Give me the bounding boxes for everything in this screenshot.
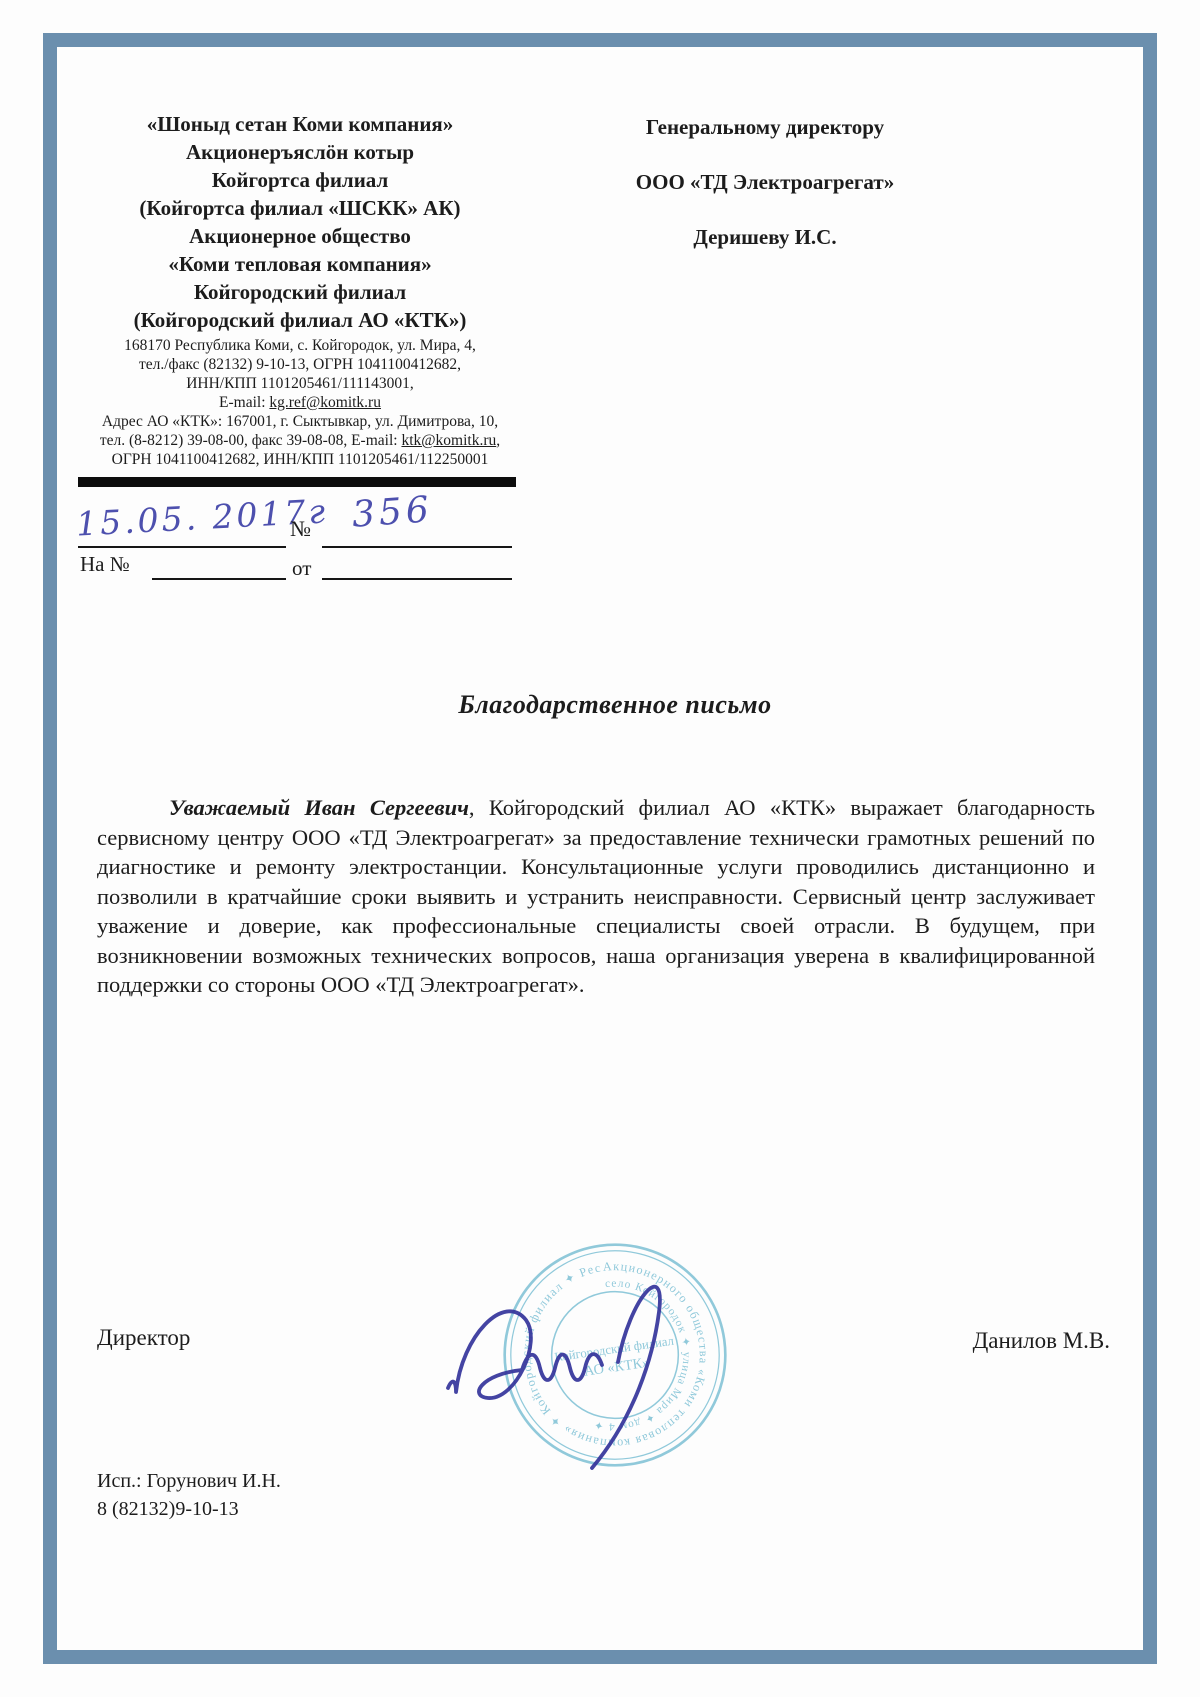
org-name-line: Койгородский филиал	[72, 278, 528, 306]
recipient-position: Генеральному директору	[605, 114, 925, 140]
org-name-line: (Койгородский филиал АО «КТК»)	[72, 306, 528, 334]
recipient-block: Генеральному директору ООО «ТД Электроаг…	[605, 114, 925, 279]
email-label: E-mail:	[219, 394, 269, 411]
executor-phone: 8 (82132)9-10-13	[97, 1498, 239, 1521]
contact-hq-address-line: Адрес АО «КТК»: 167001, г. Сыктывкар, ул…	[72, 412, 528, 431]
reply-number-underline	[152, 578, 286, 580]
letter-body: Уважаемый Иван Сергеевич, Койгородский ф…	[97, 793, 1095, 1000]
reply-to-number-label: На №	[80, 552, 130, 577]
contact-hq-inn-line: ОГРН 1041100412682, ИНН/КПП 1101205461/1…	[72, 450, 528, 469]
letter-page: «Шоныд сетан Коми компания» Акционеръясл…	[0, 0, 1200, 1697]
director-signature	[442, 1262, 778, 1476]
signature-stroke	[448, 1311, 531, 1398]
letter-title: Благодарственное письмо	[115, 690, 1115, 720]
contact-email-line: E-mail: kg.ref@komitk.ru	[72, 393, 528, 412]
reply-from-label: от	[292, 556, 311, 581]
number-sign-label: №	[290, 516, 311, 542]
number-underline	[322, 546, 512, 548]
executor-line: Исп.: Горунович И.Н.	[97, 1466, 281, 1496]
email-link: kg.ref@komitk.ru	[269, 394, 381, 411]
hq-phone-text: тел. (8-8212) 39-08-00, факс 39-08-08, E…	[100, 432, 402, 449]
org-name-line: «Коми тепловая компания»	[72, 250, 528, 278]
org-name-line: Койгортса филиал	[72, 166, 528, 194]
signer-name: Данилов М.В.	[880, 1328, 1110, 1354]
email-link: ktk@komitk.ru	[401, 432, 496, 449]
body-paragraph: , Койгородский филиал АО «КТК» выражает …	[97, 795, 1095, 997]
signature-stroke	[592, 1287, 660, 1468]
contact-address-line: 168170 Республика Коми, с. Койгородок, у…	[72, 336, 528, 355]
comma: ,	[496, 432, 500, 449]
contact-hq-phone-line: тел. (8-8212) 39-08-00, факс 39-08-08, E…	[72, 431, 528, 450]
letterhead-contact-block: 168170 Республика Коми, с. Койгородок, у…	[72, 336, 528, 469]
contact-inn-line: ИНН/КПП 1101205461/111143001,	[72, 374, 528, 393]
org-name-line: Акционеръяслöн котыр	[72, 138, 528, 166]
salutation: Уважаемый Иван Сергеевич	[169, 795, 469, 820]
letterhead: «Шоныд сетан Коми компания» Акционеръясл…	[72, 110, 528, 469]
contact-phone-line: тел./факс (82132) 9-10-13, ОГРН 10411004…	[72, 355, 528, 374]
date-underline	[78, 546, 286, 548]
signature-stroke	[522, 1354, 602, 1380]
org-name-line: «Шоныд сетан Коми компания»	[72, 110, 528, 138]
org-name-line: (Койгортса филиал «ШСКК» АК)	[72, 194, 528, 222]
handwritten-outgoing-number: 356	[351, 489, 434, 536]
reply-date-underline	[322, 578, 512, 580]
org-name-line: Акционерное общество	[72, 222, 528, 250]
recipient-company: ООО «ТД Электроагрегат»	[605, 169, 925, 195]
recipient-name: Деришеву И.С.	[605, 224, 925, 250]
letterhead-divider-rule	[78, 477, 516, 487]
signer-position-label: Директор	[97, 1325, 190, 1351]
